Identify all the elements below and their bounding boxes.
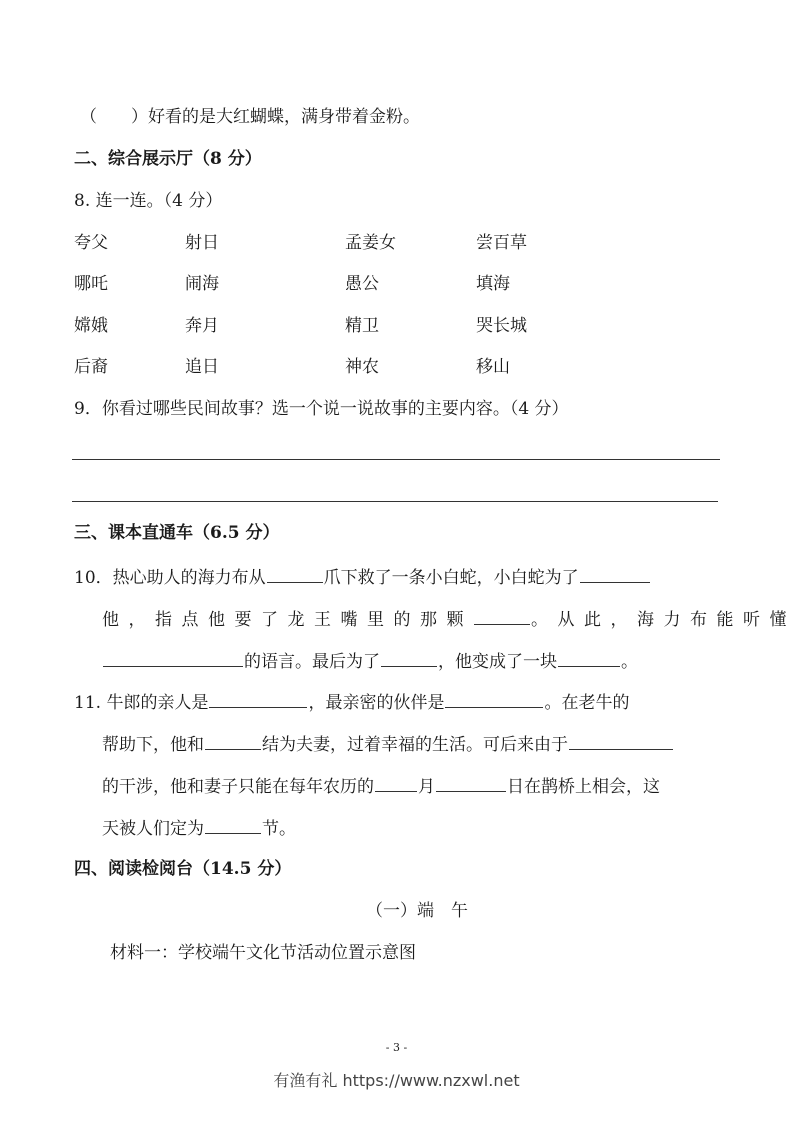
section-4-heading: 四、阅读检阅台（14.5 分） [74, 858, 291, 880]
match-item[interactable]: 尝百草 [476, 232, 527, 254]
reading-passage-title: （一）端 午 [366, 900, 468, 922]
q11-text: 帮助下，他和 [102, 735, 204, 755]
q10-text: ，他变成了一块 [438, 652, 557, 672]
match-item[interactable]: 神农 [345, 356, 379, 378]
match-item[interactable]: 嫦娥 [74, 315, 108, 337]
fill-blank[interactable] [381, 650, 437, 667]
q11-text: 的干涉，他和妻子只能在每年农历的 [102, 777, 374, 797]
fill-blank[interactable] [267, 566, 323, 583]
q11-line-4: 天被人们定为节。 [102, 817, 296, 840]
q11-text: 节。 [262, 819, 296, 839]
match-item[interactable]: 移山 [476, 356, 510, 378]
q10-text: 10．热心助人的海力布从 [74, 568, 266, 588]
q10-text: 他，指点他要了龙王嘴里的那颗 [102, 610, 473, 630]
section-2-heading: 二、综合展示厅（8 分） [74, 148, 262, 170]
q7-tail-line: （）好看的是大红蝴蝶，满身带着金粉。 [80, 106, 420, 128]
q8-prompt: 8. 连一连。（4 分） [74, 190, 222, 212]
q10-line-2: 他，指点他要了龙王嘴里的那颗。从此，海力布能听懂 [102, 608, 793, 631]
answer-line-1[interactable] [72, 459, 720, 460]
fill-blank[interactable] [209, 691, 307, 708]
q11-text: 结为夫妻，过着幸福的生活。可后来由于 [262, 735, 568, 755]
fill-blank[interactable] [569, 733, 673, 750]
match-item[interactable]: 奔月 [185, 315, 219, 337]
fill-blank[interactable] [103, 650, 243, 667]
fill-blank[interactable] [205, 733, 261, 750]
match-item[interactable]: 填海 [476, 273, 510, 295]
match-item[interactable]: 哭长城 [476, 315, 527, 337]
match-item[interactable]: 夸父 [74, 232, 108, 254]
open-paren: （ [80, 107, 97, 127]
q11-text: 月 [418, 777, 435, 797]
match-item[interactable]: 孟姜女 [345, 232, 396, 254]
q11-text: 。在老牛的 [544, 693, 629, 713]
fill-blank[interactable] [205, 817, 261, 834]
page-number: - 3 - [0, 1041, 793, 1054]
fill-blank[interactable] [375, 775, 417, 792]
match-item[interactable]: 精卫 [345, 315, 379, 337]
fill-blank[interactable] [558, 650, 620, 667]
q11-text: ，最亲密的伙伴是 [308, 693, 444, 713]
q10-text: 。从此，海力布能听懂 [531, 610, 793, 630]
answer-line-2[interactable] [72, 501, 718, 502]
material-1-caption: 材料一：学校端午文化节活动位置示意图 [110, 942, 416, 964]
fill-blank[interactable] [474, 608, 530, 625]
match-item[interactable]: 哪吒 [74, 273, 108, 295]
match-item[interactable]: 闹海 [185, 273, 219, 295]
q9-prompt: 9．你看过哪些民间故事？选一个说一说故事的主要内容。（4 分） [74, 398, 569, 420]
fill-blank[interactable] [580, 566, 650, 583]
section-3-heading: 三、课本直通车（6.5 分） [74, 522, 280, 544]
match-item[interactable]: 后裔 [74, 356, 108, 378]
match-item[interactable]: 愚公 [345, 273, 379, 295]
q11-text: 日在鹊桥上相会，这 [507, 777, 660, 797]
q11-line-1: 11. 牛郎的亲人是，最亲密的伙伴是。在老牛的 [74, 691, 629, 714]
match-item[interactable]: 射日 [185, 232, 219, 254]
q11-text: 11. 牛郎的亲人是 [74, 693, 208, 713]
fill-blank[interactable] [436, 775, 506, 792]
q10-text: 的语言。最后为了 [244, 652, 380, 672]
q10-line-3: 的语言。最后为了，他变成了一块。 [102, 650, 638, 673]
q11-line-3: 的干涉，他和妻子只能在每年农历的月日在鹊桥上相会，这 [102, 775, 660, 798]
fill-blank[interactable] [445, 691, 543, 708]
q10-line-1: 10．热心助人的海力布从爪下救了一条小白蛇，小白蛇为了 [74, 566, 651, 589]
q10-text: 。 [621, 652, 638, 672]
watermark: 有渔有礼 https://www.nzxwl.net [0, 1068, 793, 1091]
q10-text: 爪下救了一条小白蛇，小白蛇为了 [324, 568, 579, 588]
close-paren: ） [131, 107, 148, 127]
match-item[interactable]: 追日 [185, 356, 219, 378]
q11-line-2: 帮助下，他和结为夫妻，过着幸福的生活。可后来由于 [102, 733, 674, 756]
q7-text: 好看的是大红蝴蝶，满身带着金粉。 [148, 107, 420, 127]
q11-text: 天被人们定为 [102, 819, 204, 839]
